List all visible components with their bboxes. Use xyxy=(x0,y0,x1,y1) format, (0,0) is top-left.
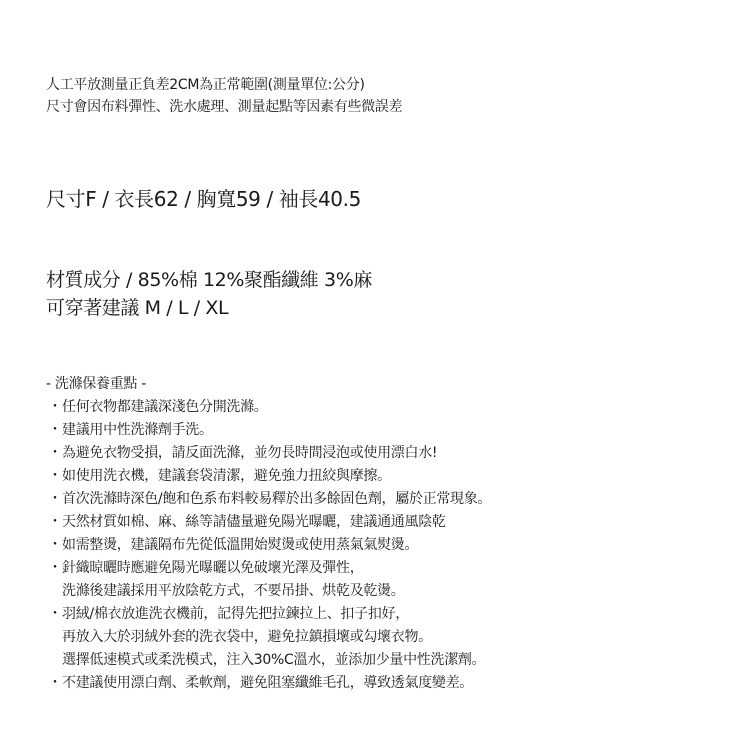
care-item-text: 建議用中性洗滌劑手洗。 xyxy=(62,419,491,442)
care-item: ・ 建議用中性洗滌劑手洗。 xyxy=(46,419,491,442)
bullet-icon: ・ xyxy=(48,603,62,626)
size-measurements: 尺寸F / 衣長62 / 胸寬59 / 袖長40.5 xyxy=(46,185,361,213)
care-item: ・ 如需整燙，建議隔布先從低溫開始熨燙或使用蒸氣氣熨燙。 xyxy=(46,534,491,557)
material-composition: 材質成分 / 85%棉 12%聚酯纖維 3%麻 xyxy=(46,266,372,294)
care-item-text: 首次洗滌時深色/飽和色系布料較易釋於出多餘固色劑，屬於正常現象。 xyxy=(62,488,491,511)
care-item-text-continued: 再放入大於羽絨外套的洗衣袋中，避免拉鎮損壞或勾壞衣物。 xyxy=(62,626,491,649)
bullet-icon: ・ xyxy=(48,672,62,695)
care-item: ・ 為避免衣物受損，請反面洗滌，並勿長時間浸泡或使用漂白水! xyxy=(46,442,491,465)
bullet-icon: ・ xyxy=(48,511,62,534)
bullet-icon: ・ xyxy=(48,557,62,580)
bullet-icon: ・ xyxy=(48,534,62,557)
bullet-icon: ・ xyxy=(48,442,62,465)
care-item-text: 任何衣物都建議深淺色分開洗滌。 xyxy=(62,396,491,419)
care-item: ・ 不建議使用漂白劑、柔軟劑，避免阻塞纖維毛孔，導致透氣度變差。 xyxy=(46,672,491,695)
measurement-note-tolerance: 人工平放測量正負差2CM為正常範圍(測量單位:公分) xyxy=(46,74,402,96)
care-item: ・ 羽絨/棉衣放進洗衣機前，記得先把拉鍊拉上、扣子扣好， 再放入大於羽絨外套的洗… xyxy=(46,603,491,672)
measurement-note-variance: 尺寸會因布料彈性、洗水處理、測量起點等因素有些微誤差 xyxy=(46,96,402,118)
care-item-text: 不建議使用漂白劑、柔軟劑，避免阻塞纖維毛孔，導致透氣度變差。 xyxy=(62,672,491,695)
measurement-notes: 人工平放測量正負差2CM為正常範圍(測量單位:公分) 尺寸會因布料彈性、洗水處理… xyxy=(46,74,402,118)
care-item: ・ 針織晾曬時應避免陽光曝曬以免破壞光澤及彈性， 洗滌後建議採用平放陰乾方式，不… xyxy=(46,557,491,603)
care-item-text: 天然材質如棉、麻、絲等請儘量避免陽光曝曬，建議通通風陰乾 xyxy=(62,511,491,534)
care-item-text: 針織晾曬時應避免陽光曝曬以免破壞光澤及彈性， xyxy=(62,557,491,580)
care-item: ・ 任何衣物都建議深淺色分開洗滌。 xyxy=(46,396,491,419)
care-item-text-continued: 洗滌後建議採用平放陰乾方式，不要吊掛、烘乾及乾燙。 xyxy=(62,580,491,603)
care-item-text: 如使用洗衣機，建議套袋清潔，避免強力扭絞與摩擦。 xyxy=(62,465,491,488)
care-item-text-continued: 選擇低速模式或柔洗模式，注入30%C溫水，並添加少量中性洗潔劑。 xyxy=(62,649,491,672)
care-item-text: 如需整燙，建議隔布先從低溫開始熨燙或使用蒸氣氣熨燙。 xyxy=(62,534,491,557)
bullet-icon: ・ xyxy=(48,465,62,488)
care-item: ・ 首次洗滌時深色/飽和色系布料較易釋於出多餘固色劑，屬於正常現象。 xyxy=(46,488,491,511)
bullet-icon: ・ xyxy=(48,488,62,511)
bullet-icon: ・ xyxy=(48,419,62,442)
bullet-icon: ・ xyxy=(48,396,62,419)
care-title: - 洗滌保養重點 - xyxy=(46,373,491,396)
care-instructions: - 洗滌保養重點 - ・ 任何衣物都建議深淺色分開洗滌。 ・ 建議用中性洗滌劑手… xyxy=(46,373,491,695)
care-item-text: 為避免衣物受損，請反面洗滌，並勿長時間浸泡或使用漂白水! xyxy=(62,442,491,465)
recommended-sizes: 可穿著建議 M / L / XL xyxy=(46,294,372,322)
care-item: ・ 天然材質如棉、麻、絲等請儘量避免陽光曝曬，建議通通風陰乾 xyxy=(46,511,491,534)
material-info: 材質成分 / 85%棉 12%聚酯纖維 3%麻 可穿著建議 M / L / XL xyxy=(46,266,372,322)
size-spec: 尺寸F / 衣長62 / 胸寬59 / 袖長40.5 xyxy=(46,185,361,213)
care-item-text: 羽絨/棉衣放進洗衣機前，記得先把拉鍊拉上、扣子扣好， xyxy=(62,603,491,626)
care-item: ・ 如使用洗衣機，建議套袋清潔，避免強力扭絞與摩擦。 xyxy=(46,465,491,488)
